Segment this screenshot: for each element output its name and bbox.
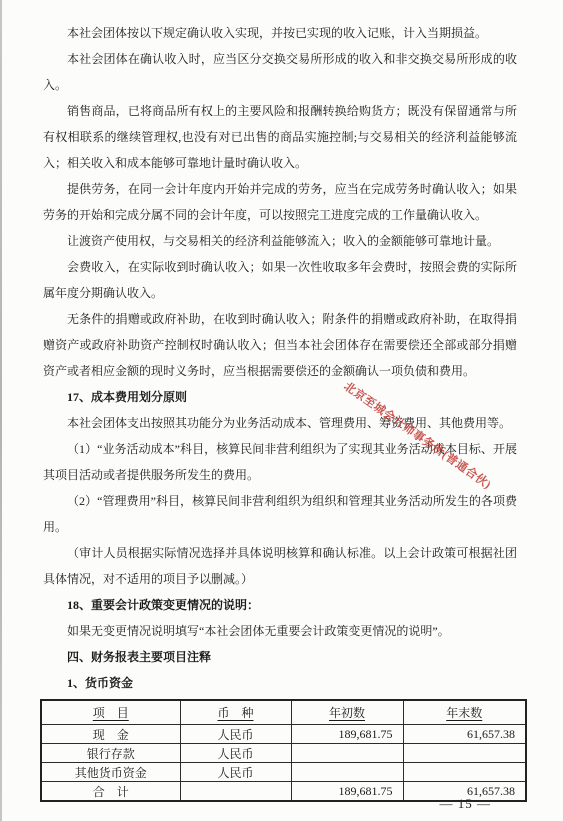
heading-section-4-statement-notes: 四、财务报表主要项目注释	[43, 644, 517, 670]
table-row-bank-deposits: 银行存款 人民币	[41, 744, 526, 763]
paragraph-activity-cost-account: （1）“业务活动成本”科目，核算民间非营利组织为了实现其业务活动成本目标、开展其…	[43, 436, 517, 488]
paragraph-expense-categories: 本社会团体支出按照其功能分为业务活动成本、管理费用、筹资费用、其他费用等。	[43, 410, 517, 436]
table-row-other-monetary-funds: 其他货币资金 人民币	[41, 763, 526, 782]
paragraph-membership-fees: 会费收入，在实际收到时确认收入；如果一次性收取多年会费时，按照会费的实际所属年度…	[43, 254, 517, 306]
column-header-opening-balance: 年初数	[291, 700, 403, 725]
cell-opening-balance	[291, 744, 403, 763]
paragraph-admin-expense-account: （2）“管理费用”科目，核算民间非营利组织为组织和管理其业务活动所发生的各项费用…	[43, 488, 517, 540]
table-row-cash: 现 金 人民币 189,681.75 61,657.38	[41, 725, 526, 744]
paragraph-goods-sales: 销售商品，已将商品所有权上的主要风险和报酬转换给购货方；既没有保留通常与所有权相…	[43, 98, 517, 176]
cell-closing-balance	[403, 763, 526, 782]
cell-opening-balance	[291, 763, 403, 782]
cell-opening-balance: 189,681.75	[291, 782, 403, 802]
paragraph-donations-subsidies: 无条件的捐赠或政府补助，在收到时确认收入；附条件的捐赠或政府补助，在取得捐赠资产…	[43, 306, 517, 384]
paragraph-services: 提供劳务，在同一会计年度内开始并完成的劳务，应当在完成劳务时确认收入；如果劳务的…	[43, 176, 517, 228]
document-page: 本社会团体按以下规定确认收入实现，并按已实现的收入记账，计入当期损益。 本社会团…	[0, 0, 563, 821]
heading-1-monetary-funds: 1、货币资金	[43, 670, 517, 696]
monetary-funds-table: 项 目 币 种 年初数 年末数 现 金 人民币 189,681.75 61,65…	[40, 699, 527, 802]
cell-currency: 人民币	[180, 763, 291, 782]
cell-currency	[180, 782, 291, 802]
page-number: — 15 —	[440, 796, 492, 812]
cell-currency: 人民币	[180, 744, 291, 763]
heading-18-policy-change: 18、重要会计政策变更情况的说明：	[43, 592, 517, 618]
cell-item-label: 银行存款	[41, 744, 180, 763]
heading-17-cost-allocation: 17、成本费用划分原则	[43, 384, 517, 410]
paragraph-revenue-recognition: 本社会团体按以下规定确认收入实现，并按已实现的收入记账，计入当期损益。	[43, 20, 517, 46]
paragraph-exchange-transactions: 本社会团体在确认收入时，应当区分交换交易所形成的收入和非交换交易所形成的收入。	[43, 46, 517, 98]
paragraph-auditor-note: （审计人员根据实际情况选择并具体说明核算和确认标准。以上会计政策可根据社团具体情…	[43, 540, 517, 592]
cell-closing-balance	[403, 744, 526, 763]
cell-item-label: 现 金	[41, 725, 180, 744]
column-header-closing-balance: 年末数	[403, 700, 526, 725]
cell-currency: 人民币	[180, 725, 291, 744]
paragraph-no-change-note: 如果无变更情况说明填写“本社会团体无重要会计政策变更情况的说明”。	[43, 618, 517, 644]
document-body: 本社会团体按以下规定确认收入实现，并按已实现的收入记账，计入当期损益。 本社会团…	[43, 20, 517, 802]
cell-closing-balance: 61,657.38	[403, 725, 526, 744]
cell-opening-balance: 189,681.75	[291, 725, 403, 744]
column-header-currency: 币 种	[180, 700, 291, 725]
table-header-row: 项 目 币 种 年初数 年末数	[41, 700, 526, 725]
cell-item-label: 合 计	[41, 782, 180, 802]
cell-item-label: 其他货币资金	[41, 763, 180, 782]
scan-edge-artifact	[0, 0, 2, 821]
column-header-item: 项 目	[41, 700, 180, 725]
paragraph-asset-use-rights: 让渡资产使用权，与交易相关的经济利益能够流入；收入的金额能够可靠地计量。	[43, 228, 517, 254]
